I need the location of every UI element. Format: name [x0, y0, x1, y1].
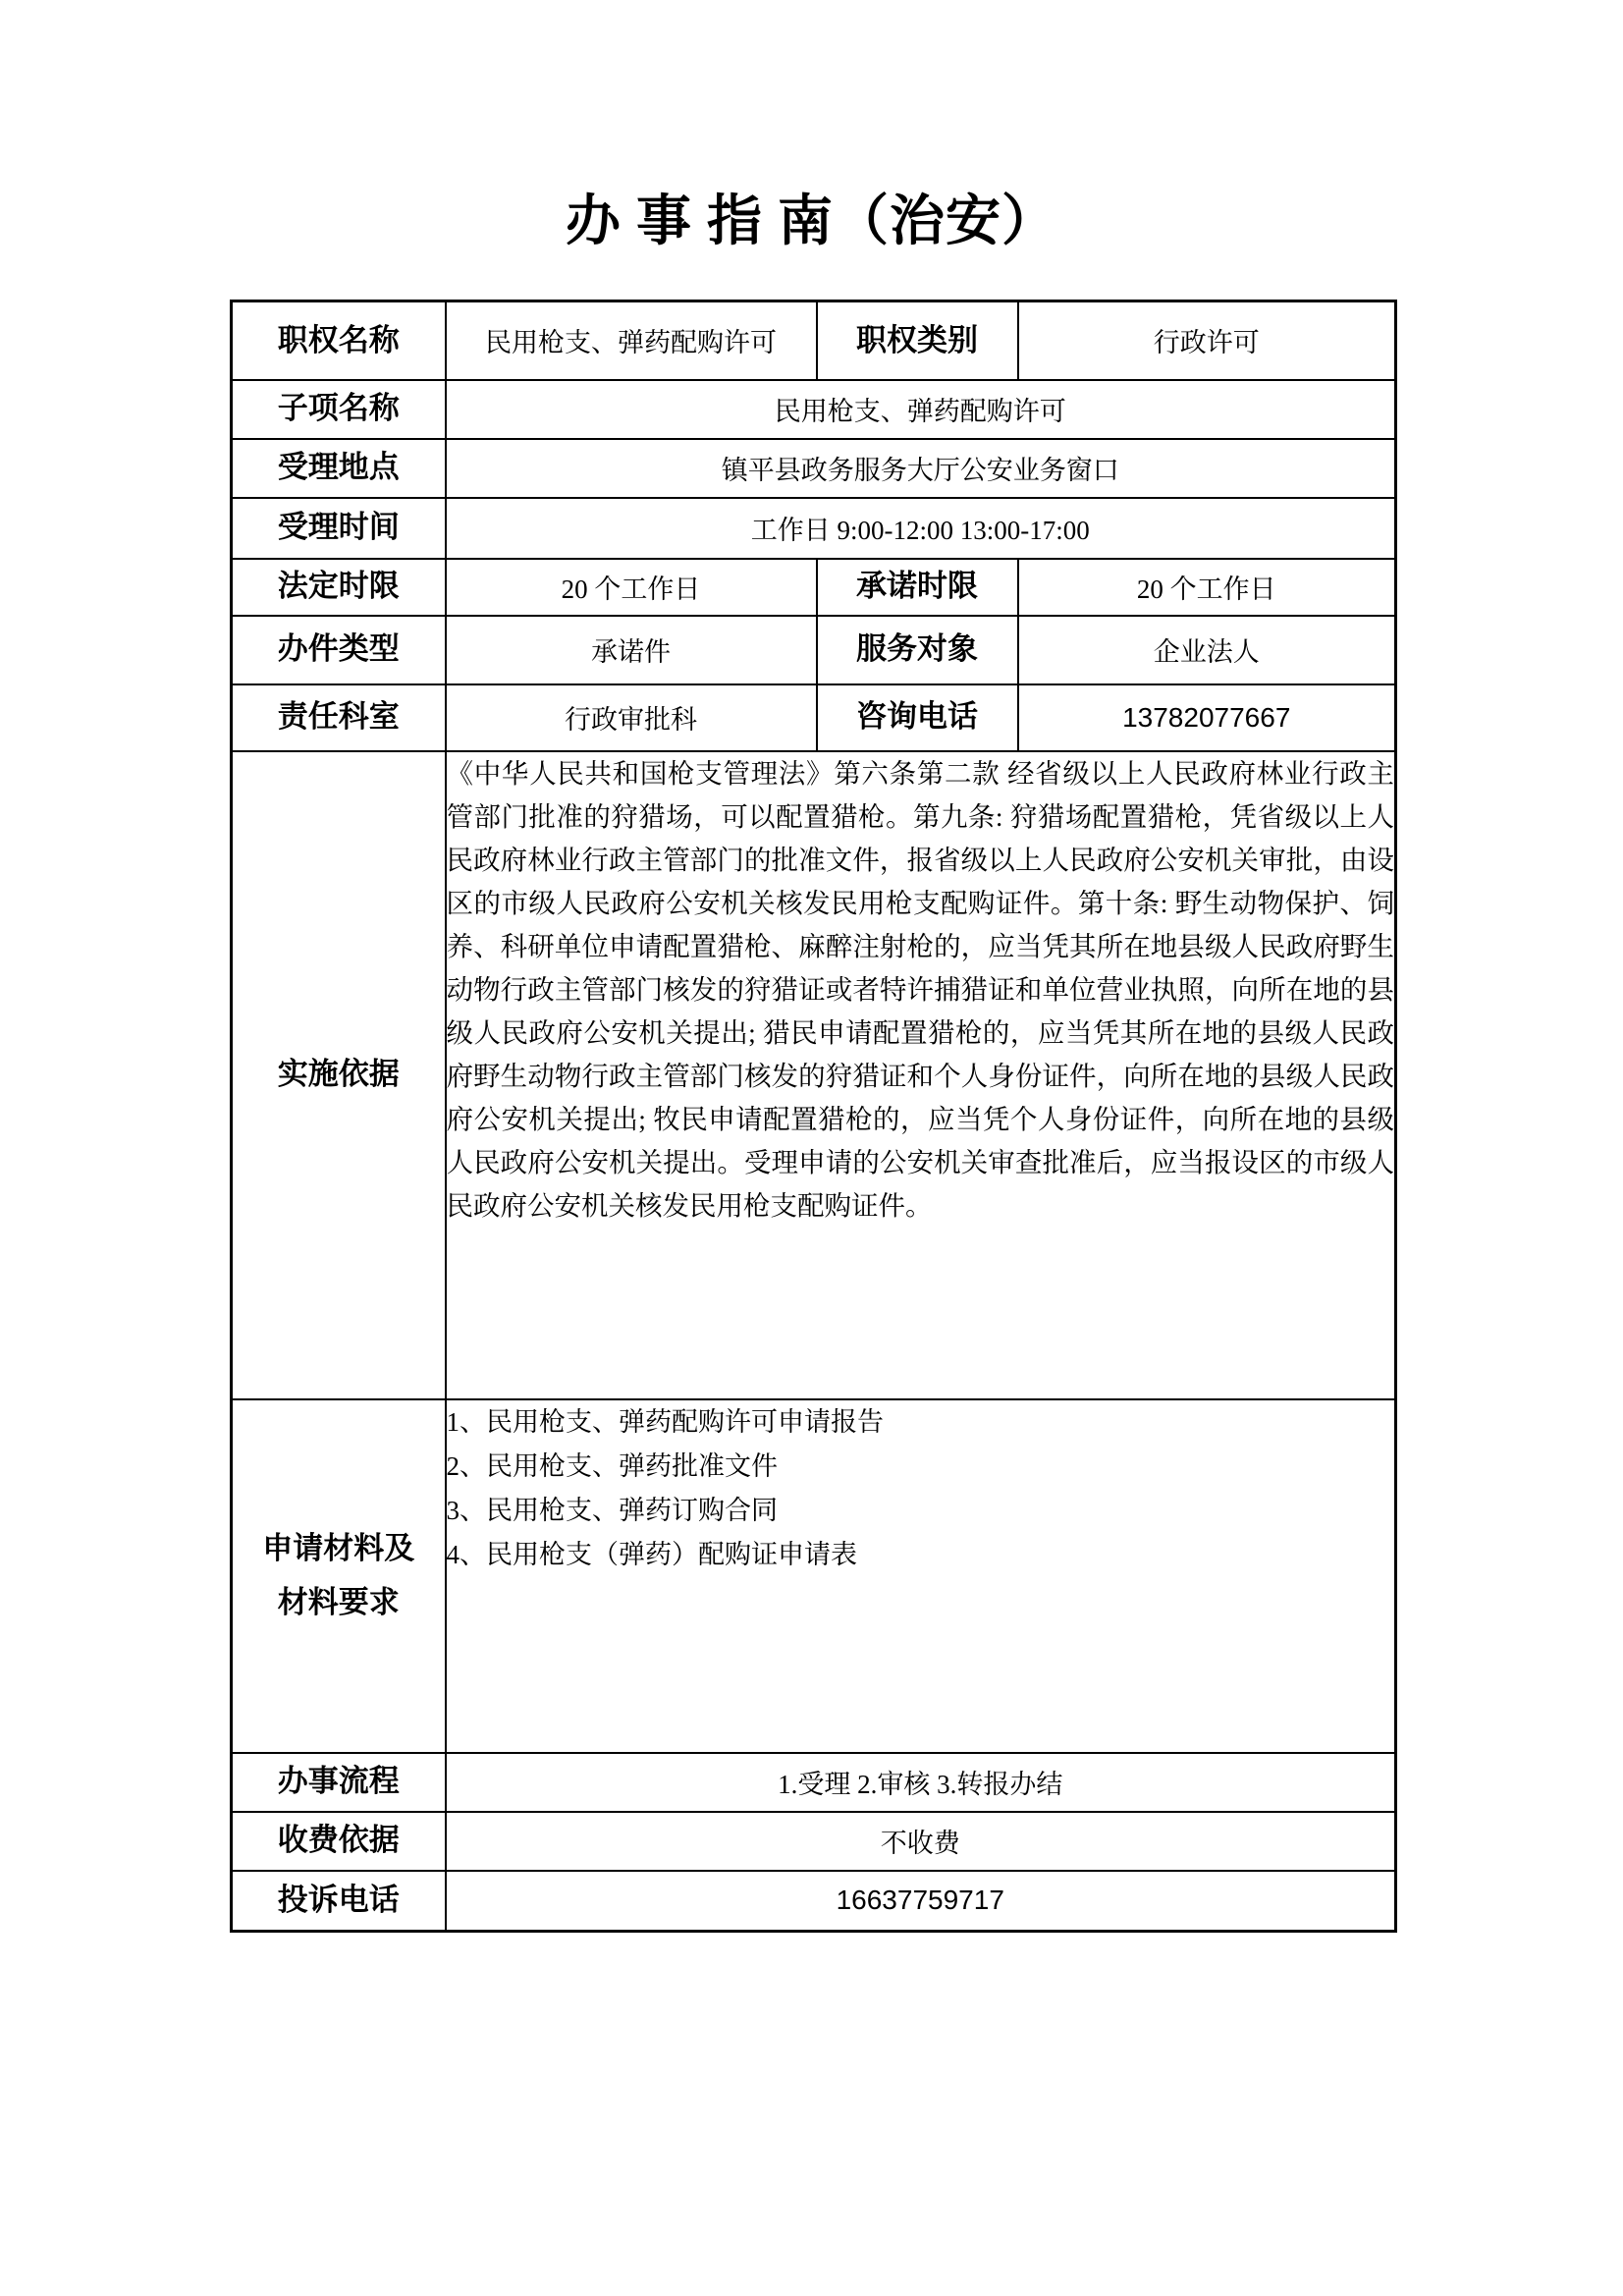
material-item: 3、民用枪支、弹药订购合同: [447, 1489, 1395, 1533]
implementation-basis-text: 《中华人民共和国枪支管理法》第六条第二款 经省级以上人民政府林业行政主管部门批准…: [446, 751, 1396, 1399]
statutory-limit-label: 法定时限: [232, 559, 446, 616]
materials-label-line1: 申请材料及: [233, 1522, 445, 1575]
material-item: 4、民用枪支（弹药）配购证申请表: [447, 1533, 1395, 1577]
responsible-dept-value: 行政审批科: [446, 684, 817, 751]
materials-label: 申请材料及 材料要求: [232, 1399, 446, 1753]
process-value: 1.受理 2.审核 3.转报办结: [446, 1753, 1396, 1812]
acceptance-time-label: 受理时间: [232, 498, 446, 559]
document-page: 办 事 指 南（治安） 职权名称 民用枪支、弹药配购许可 职权类别 行政许可 子…: [0, 0, 1623, 2296]
promised-limit-value: 20 个工作日: [1018, 559, 1396, 616]
subitem-name-label: 子项名称: [232, 380, 446, 439]
statutory-limit-value: 20 个工作日: [446, 559, 817, 616]
handling-type-value: 承诺件: [446, 616, 817, 684]
acceptance-place-value: 镇平县政务服务大厅公安业务窗口: [446, 439, 1396, 498]
acceptance-time-value: 工作日 9:00-12:00 13:00-17:00: [446, 498, 1396, 559]
fee-basis-value: 不收费: [446, 1812, 1396, 1871]
authority-type-label: 职权类别: [817, 301, 1018, 380]
service-target-label: 服务对象: [817, 616, 1018, 684]
authority-name-value: 民用枪支、弹药配购许可: [446, 301, 817, 380]
material-item: 1、民用枪支、弹药配购许可申请报告: [447, 1400, 1395, 1445]
complaint-phone-label: 投诉电话: [232, 1871, 446, 1932]
responsible-dept-label: 责任科室: [232, 684, 446, 751]
materials-label-line2: 材料要求: [233, 1576, 445, 1629]
materials-list: 1、民用枪支、弹药配购许可申请报告 2、民用枪支、弹药批准文件 3、民用枪支、弹…: [446, 1399, 1396, 1753]
process-label: 办事流程: [232, 1753, 446, 1812]
consult-phone-label: 咨询电话: [817, 684, 1018, 751]
handling-type-label: 办件类型: [232, 616, 446, 684]
document-title: 办 事 指 南（治安）: [0, 187, 1623, 257]
subitem-name-value: 民用枪支、弹药配购许可: [446, 380, 1396, 439]
service-guide-table: 职权名称 民用枪支、弹药配购许可 职权类别 行政许可 子项名称 民用枪支、弹药配…: [230, 300, 1397, 1933]
service-target-value: 企业法人: [1018, 616, 1396, 684]
complaint-phone-value: 16637759717: [446, 1871, 1396, 1932]
consult-phone-value: 13782077667: [1018, 684, 1396, 751]
implementation-basis-label: 实施依据: [232, 751, 446, 1399]
authority-name-label: 职权名称: [232, 301, 446, 380]
fee-basis-label: 收费依据: [232, 1812, 446, 1871]
acceptance-place-label: 受理地点: [232, 439, 446, 498]
authority-type-value: 行政许可: [1018, 301, 1396, 380]
promised-limit-label: 承诺时限: [817, 559, 1018, 616]
material-item: 2、民用枪支、弹药批准文件: [447, 1445, 1395, 1489]
